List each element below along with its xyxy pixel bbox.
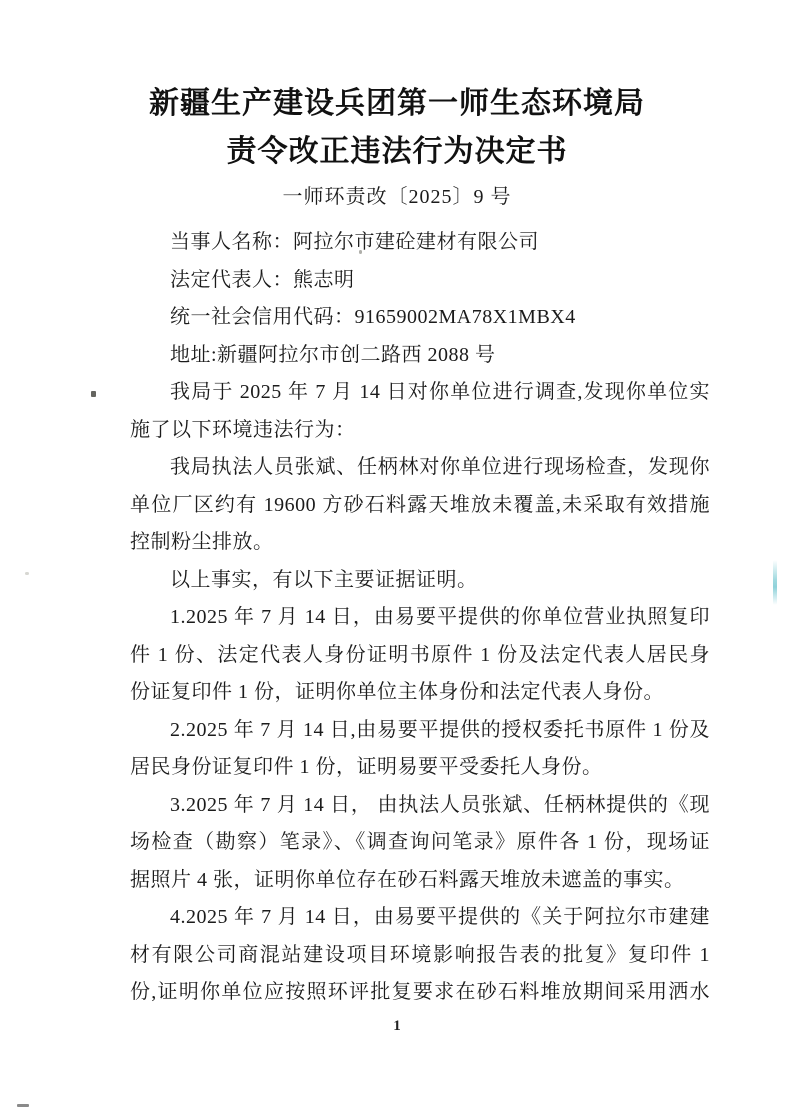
body-line: 以上事实，有以下主要证据证明。 xyxy=(130,562,710,600)
scan-artifact-dash xyxy=(17,1104,29,1107)
body-line: 1.2025 年 7 月 14 日，由易要平提供的你单位营业执照复印 xyxy=(130,599,710,637)
body-line: 统一社会信用代码：91659002MA78X1MBX4 xyxy=(130,299,710,337)
scan-artifact-speck xyxy=(25,572,29,575)
page-number: 1 xyxy=(0,1018,794,1035)
body-line: 居民身份证复印件 1 份，证明易要平受委托人身份。 xyxy=(130,749,710,787)
body-line: 法定代表人：熊志明 xyxy=(130,262,710,300)
body-line: 当事人名称：阿拉尔市建砼建材有限公司 xyxy=(130,224,710,262)
body-line: 场检查（勘察）笔录》、《调查询问笔录》原件各 1 份，现场证 xyxy=(130,824,710,862)
body-line: 件 1 份、法定代表人身份证明书原件 1 份及法定代表人居民身 xyxy=(130,637,710,675)
body-line: 我局执法人员张斌、任柄林对你单位进行现场检查，发现你 xyxy=(130,449,710,487)
body-line: 份证复印件 1 份，证明你单位主体身份和法定代表人身份。 xyxy=(130,674,710,712)
body-line: 单位厂区约有 19600 方砂石料露天堆放未覆盖,未采取有效措施 xyxy=(130,487,710,525)
document-title-line1: 新疆生产建设兵团第一师生态环境局 xyxy=(0,80,794,128)
body-line: 我局于 2025 年 7 月 14 日对你单位进行调查,发现你单位实 xyxy=(130,374,710,412)
document-title: 新疆生产建设兵团第一师生态环境局 责令改正违法行为决定书 xyxy=(0,80,794,176)
document-title-line2: 责令改正违法行为决定书 xyxy=(0,128,794,176)
scan-artifact-streak xyxy=(773,560,777,605)
body-line: 材有限公司商混站建设项目环境影响报告表的批复》复印件 1 xyxy=(130,937,710,975)
scan-artifact-speck xyxy=(91,391,96,397)
body-line: 3.2025 年 7 月 14 日， 由执法人员张斌、任柄林提供的《现 xyxy=(130,787,710,825)
scan-artifact-speck xyxy=(359,250,362,254)
document-body: 当事人名称：阿拉尔市建砼建材有限公司法定代表人：熊志明统一社会信用代码：9165… xyxy=(130,224,710,1012)
body-line: 据照片 4 张，证明你单位存在砂石料露天堆放未遮盖的事实。 xyxy=(130,862,710,900)
body-line: 地址:新疆阿拉尔市创二路西 2088 号 xyxy=(130,337,710,375)
body-line: 施了以下环境违法行为： xyxy=(130,412,710,450)
body-line: 2.2025 年 7 月 14 日,由易要平提供的授权委托书原件 1 份及 xyxy=(130,712,710,750)
body-line: 4.2025 年 7 月 14 日，由易要平提供的《关于阿拉尔市建建 xyxy=(130,899,710,937)
scanned-document-page: 新疆生产建设兵团第一师生态环境局 责令改正违法行为决定书 一师环责改〔2025〕… xyxy=(0,0,794,1108)
body-line: 份,证明你单位应按照环评批复要求在砂石料堆放期间采用洒水 xyxy=(130,974,710,1012)
body-line: 控制粉尘排放。 xyxy=(130,524,710,562)
document-number: 一师环责改〔2025〕9 号 xyxy=(0,184,794,210)
